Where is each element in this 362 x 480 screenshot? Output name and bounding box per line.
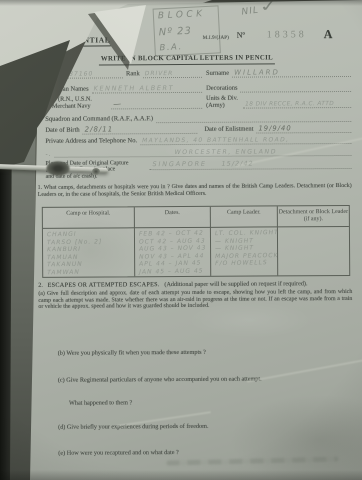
serial-no-abbrev: Nº xyxy=(237,31,245,40)
camp-leader-column: LT. COL. KNIGHT — KNIGHT — KNIGHT MAJOR … xyxy=(211,227,278,275)
units-div-label: Units & Div. (Army) xyxy=(206,96,238,110)
private-address-line1: MAYLANDS, 40 BATTENHALL ROAD, xyxy=(142,136,289,144)
field-date-of-birth: Date of Birth 2/8/11 xyxy=(45,124,197,135)
binding-string-knot xyxy=(46,161,70,176)
surname-value: WILLARD xyxy=(234,68,280,76)
section-2-title: ESCAPES OR ATTEMPTED ESCAPES. xyxy=(48,281,160,289)
field-date-of-enlistment: Date of Enlistment 19/9/40 xyxy=(204,123,351,134)
block-leader-entry xyxy=(282,229,346,230)
block-leader-entry xyxy=(282,229,346,230)
capture-place-value: SINGAPORE xyxy=(153,160,207,168)
field-units-div: 18 DIV RECCE, R.A.C. ATTD xyxy=(243,98,351,109)
col-header-leader: Camp Leader. xyxy=(211,206,278,227)
surname-label: Surname xyxy=(206,71,232,78)
punch-hole xyxy=(92,168,100,175)
block-leader-column xyxy=(278,227,349,275)
question-2e-text: (e) How were you recaptured and on what … xyxy=(58,449,178,457)
units-div-value: 18 DIV RECCE, R.A.C. ATTD xyxy=(245,101,334,108)
block-number-stamp-box: BLOCK Nº 23 B.A. xyxy=(153,5,221,56)
question-2c-text: (c) Give Regimental particulars of anyon… xyxy=(58,376,262,384)
col-header-dates: Dates. xyxy=(135,207,211,228)
section-2-note: (Additional paper will be supplied on re… xyxy=(164,280,307,288)
rank-label: Rank xyxy=(126,71,143,78)
decorations-label: Decorations xyxy=(206,86,240,93)
christian-names-value: KENNETH ALBERT xyxy=(94,84,175,92)
series-letter: A xyxy=(324,27,333,42)
mi9-jap-label: M.I.9/(JAP) xyxy=(203,36,229,41)
col-header-block-leader: Detachment or Block Leader (if any). xyxy=(278,206,349,227)
question-2b-text: (b) Were you physically fit when you mad… xyxy=(58,349,206,357)
block-leader-entry xyxy=(282,229,346,230)
field-squadron: Squadron and Command (R.A.F., A.A.F.) xyxy=(45,112,351,124)
date-of-enlistment-label: Date of Enlistment xyxy=(204,127,256,134)
date-of-birth-label: Date of Birth xyxy=(45,128,82,135)
check-mark-icon: ✓ xyxy=(258,0,281,16)
date-of-enlistment-value: 19/9/40 xyxy=(258,124,291,132)
serial-number: 18358 xyxy=(267,29,307,40)
private-address-line2: WORCESTER, ENGLAND xyxy=(175,148,278,156)
field-ship: — xyxy=(111,99,202,110)
camps-table: Camp or Hospital. Dates. Camp Leader. De… xyxy=(42,205,350,278)
block-leader-entry xyxy=(282,229,346,230)
question-2a-text: (a) Give full description and approx. da… xyxy=(38,289,352,311)
section-2-heading: 2. ESCAPES OR ATTEMPTED ESCAPES. (Additi… xyxy=(38,280,307,289)
address-prefix-mark: -. xyxy=(45,151,54,157)
stamp-block-word: BLOCK xyxy=(158,9,214,22)
camp-leader-entry: F/O HOWELLS xyxy=(215,259,274,268)
dates-entry: JAN 45 – AUG 45 xyxy=(139,267,207,276)
field-private-address: Private Address and Telephone No. MAYLAN… xyxy=(45,134,351,146)
nil-annotation: NIL xyxy=(241,6,260,18)
section-2-number: 2. xyxy=(38,282,43,289)
question-1-text: 1. What camps, detachments or hospitals … xyxy=(38,183,352,198)
date-of-birth-value: 2/8/11 xyxy=(85,125,114,133)
field-christian-names: Christian Names KENNETH ALBERT xyxy=(45,83,202,94)
field-private-address-cont: -. WORCESTER, ENGLAND xyxy=(45,146,351,158)
field-surname: Surname WILLARD xyxy=(206,67,351,78)
field-decorations: Decorations xyxy=(206,82,351,93)
col-header-camp: Camp or Hospital. xyxy=(43,207,135,229)
camp-entry: TAMWAN xyxy=(47,268,131,277)
block-leader-entry xyxy=(282,229,346,230)
question-2c2-text: What happened to them ? xyxy=(69,399,132,406)
field-rank: Rank DRIVER xyxy=(126,68,202,78)
illegible-pencil-note xyxy=(166,457,338,466)
ship-value: — xyxy=(113,99,123,109)
paper-scratch xyxy=(247,354,362,382)
scanned-pow-liberation-questionnaire: CONFIDENTIAL BLOCK Nº 23 B.A. NIL ✓ M.I.… xyxy=(0,0,362,480)
private-address-label: Private Address and Telephone No. xyxy=(45,138,140,145)
squadron-label: Squadron and Command (R.A.F., A.A.F.) xyxy=(45,116,156,123)
dates-column: FEB 42 – OCT 42 OCT 42 – AUG 43 AUG 43 –… xyxy=(135,228,211,276)
rank-value: DRIVER xyxy=(145,70,174,77)
stamp-ba: B.A. xyxy=(159,41,215,54)
camp-column: CHANGI TARSO [No. 2] KANBURI TAMUAN TAKA… xyxy=(43,228,135,277)
block-leader-entry xyxy=(282,229,346,230)
